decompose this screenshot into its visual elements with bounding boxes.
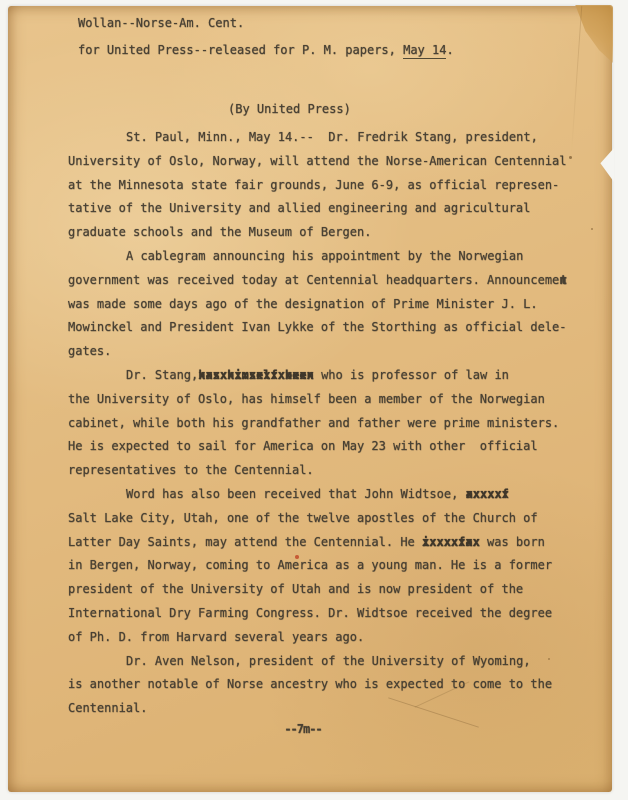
typed-line: He is expected to sail for America on Ma… <box>68 439 588 463</box>
byline: (By United Press) <box>228 102 351 116</box>
typed-text: Latter Day Saints, may attend the Centen… <box>68 535 422 549</box>
typed-line: is another notable of Norse ancestry who… <box>68 677 588 701</box>
typed-line: University of Oslo, Norway, will attend … <box>68 154 588 178</box>
typed-line: of Ph. D. from Harvard several years ago… <box>68 630 588 654</box>
release-line-period: . <box>446 43 453 57</box>
typed-line: at the Minnesota state fair grounds, Jun… <box>68 178 588 202</box>
release-date-underlined: May 14 <box>403 43 446 59</box>
typed-line: Mowinckel and President Ivan Lykke of th… <box>68 320 588 344</box>
typed-text: was born <box>480 535 545 549</box>
struck-out-text: ixxxxfax <box>422 535 480 550</box>
typed-line: Salt Lake City, Utah, one of the twelve … <box>68 511 588 535</box>
typed-line: representatives to the Centennial. <box>68 463 588 487</box>
typed-line: gates. <box>68 344 588 368</box>
typed-line: A cablegram announcing his appointment b… <box>68 249 588 273</box>
typed-text: Word has also been received that John Wi… <box>126 487 466 501</box>
typed-text: government was received today at Centenn… <box>68 273 559 287</box>
typed-text: who is professor of law in <box>314 368 509 382</box>
typed-line: International Dry Farming Congress. Dr. … <box>68 606 588 630</box>
article-body: St. Paul, Minn., May 14.-- Dr. Fredrik S… <box>68 130 588 725</box>
release-line-text: for United Press--released for P. M. pap… <box>78 43 403 57</box>
typed-line: in Bergen, Norway, coming to America as … <box>68 558 588 582</box>
slug-line: Wollan--Norse-Am. Cent. <box>78 16 244 30</box>
typed-line: was made some days ago of the designatio… <box>68 297 588 321</box>
typed-text: Dr. Stang, <box>126 368 198 382</box>
struck-out-text: axxxxf <box>466 487 509 502</box>
torn-edge-notch <box>598 148 614 182</box>
paper-speck <box>591 228 593 230</box>
typed-line: the University of Oslo, has himself been… <box>68 392 588 416</box>
typed-line: cabinet, while both his grandfather and … <box>68 416 588 440</box>
typed-line: president of the University of Utah and … <box>68 582 588 606</box>
paper-sheet: Wollan--Norse-Am. Cent. for United Press… <box>8 6 612 792</box>
corner-stain <box>567 5 613 63</box>
typed-line: Word has also been received that John Wi… <box>68 487 588 511</box>
overstruck-chars: nt <box>559 273 560 287</box>
typed-line: Dr. Stang,hasxhimselfxbeen who is profes… <box>68 368 588 392</box>
release-line: for United Press--released for P. M. pap… <box>78 43 454 57</box>
typed-line: Dr. Aven Nelson, president of the Univer… <box>68 654 588 678</box>
page-number-mark: --7m-- <box>8 722 598 736</box>
typed-line: government was received today at Centenn… <box>68 273 588 297</box>
typed-line: Latter Day Saints, may attend the Centen… <box>68 535 588 559</box>
typed-line: St. Paul, Minn., May 14.-- Dr. Fredrik S… <box>68 130 588 154</box>
struck-out-text: hasxhimselfxbeen <box>198 368 314 383</box>
typed-line: graduate schools and the Museum of Berge… <box>68 225 588 249</box>
typed-line: tative of the University and allied engi… <box>68 201 588 225</box>
